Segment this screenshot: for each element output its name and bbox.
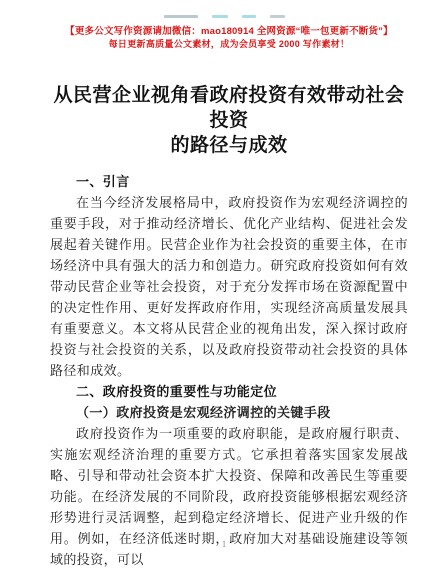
document-page: 【更多公文写作资源请加微信：mao180914 全网资源“唯一包更新不断货”】 … bbox=[0, 0, 448, 580]
page-number: 1 bbox=[0, 539, 448, 549]
accent-dash bbox=[242, 15, 256, 18]
watermark-ad: 【更多公文写作资源请加微信：mao180914 全网资源“唯一包更新不断货”】 … bbox=[50, 25, 408, 50]
section-subheading: （一）政府投资是宏观经济调控的关键手段 bbox=[50, 402, 408, 423]
accent-dash bbox=[212, 15, 228, 18]
paragraph-1: 在当今经济发展格局中，政府投资作为宏观经济调控的重要手段，对于推动经济增长、优化… bbox=[50, 192, 408, 381]
document-title-line-1: 从民营企业视角看政府投资有效带动社会投资 bbox=[53, 85, 404, 131]
document-title: 从民营企业视角看政府投资有效带动社会投资 的路径与成效 bbox=[50, 83, 408, 158]
top-accent-line bbox=[0, 15, 448, 19]
watermark-line-2: 每日更新高质量公文素材，成为会员享受 2000 写作素材！ bbox=[50, 38, 408, 50]
accent-dash bbox=[270, 15, 285, 18]
section-heading-1: 一、引言 bbox=[50, 171, 408, 192]
accent-dash bbox=[164, 15, 198, 18]
watermark-line-1: 【更多公文写作资源请加微信：mao180914 全网资源“唯一包更新不断货”】 bbox=[50, 25, 408, 38]
document-title-line-2: 的路径与成效 bbox=[170, 135, 287, 156]
section-heading-2: 二、政府投资的重要性与功能定位 bbox=[50, 381, 408, 402]
document-body: 一、引言 在当今经济发展格局中，政府投资作为宏观经济调控的重要手段，对于推动经济… bbox=[50, 171, 408, 570]
